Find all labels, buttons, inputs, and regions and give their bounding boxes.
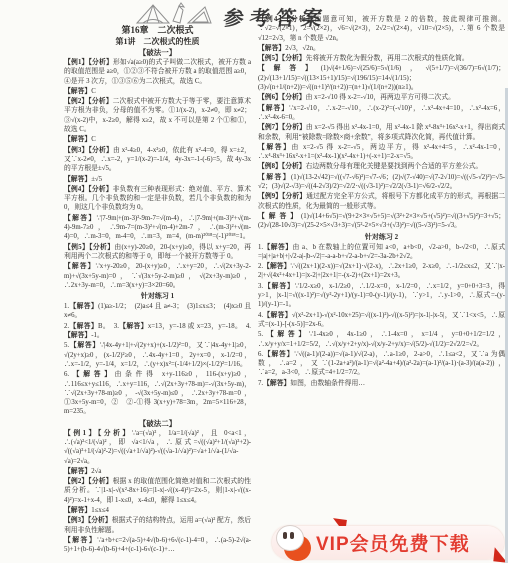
panda-mascot-icon [274, 523, 316, 563]
practice1-label: 针对练习 1 [64, 291, 251, 302]
answer-paragraph: 2.【解答】B。 3.【解答】x=13，y=-18 或 x=23，y=-18。 … [64, 322, 251, 341]
answer-paragraph: 【例2】【分析】二次根式中被开方数大于等于零，要注意算术平方根为非负，分母的值不… [64, 97, 251, 134]
answer-paragraph: 【解答】1≤x≤4 [64, 506, 251, 515]
answer-paragraph: 【例1】【分析】∵a=(√a)²，1/a=1/(√a)²，且 0<a<1，∴(√… [64, 429, 251, 466]
right-column: 【例4】【分析】由题意可知，被开方数是 2 的倍数，按此规律可推测。∵√2=√(… [258, 15, 505, 563]
chapter-title: 第16章 二次根式 [64, 24, 251, 36]
answer-paragraph: 【例2】【分析】根据 x 的取值范围化简绝对值和二次根式的性质分析。∵|1-x|… [64, 477, 251, 505]
answer-paragraph: 2.【解答】∵√((2x+1)(2-x))=√(2x+1)·√(2-x)，∴2x… [258, 262, 505, 281]
answer-paragraph: 【解答】(1)√(14+6√5)=√(9+2×3×√5+5)=√(3²+2×3×… [258, 212, 505, 231]
answer-paragraph: 【解答】∵|7-9m|+(m-3)²-9m-7=√(m-4)，∴|7-9m|+(… [64, 214, 251, 242]
practice1-paragraphs: 1.【解答】(1)a≥-1/2； (2)a≤4 且 a≠-3； (3)1≤x≤3… [64, 302, 251, 417]
content-columns: 第16章 二次根式 第1讲 二次根式的性质 【破法一】 【例1】【分析】形如√a… [64, 15, 505, 563]
answer-paragraph: 【解答】(1)√(13-2√42)=√((√7-√6)²)=√7-√6；(2)√… [258, 173, 505, 192]
answer-paragraph: 【例1】【分析】形如√a(a≥0)的式子叫做二次根式，被开方数 a 的取值范围是… [64, 58, 251, 86]
answer-paragraph: 4.【解答】√(x²-2x+1)-√(x²-10x+25)=√((x-1)²)-… [258, 311, 505, 330]
left-column: 第16章 二次根式 第1讲 二次根式的性质 【破法一】 【例1】【分析】形如√a… [64, 15, 251, 563]
section2-label: 【破法二】 [64, 418, 251, 429]
answer-paragraph: 【解答】±√5 [64, 175, 251, 184]
answer-paragraph: 1.【解答】(1)a≥-1/2； (2)a≤4 且 a≠-3； (3)1≤x≤3… [64, 302, 251, 321]
answer-paragraph: 【解答】∵x=2-√10，∴x-2=-√10，∴(x-2)²=(-√10)²，∴… [258, 104, 505, 123]
answer-paragraph: 【例4】【分析】由题意可知，被开方数是 2 的倍数，按此规律可推测。∵√2=√(… [258, 15, 505, 43]
answer-paragraph: 【例8】【分析】右边两数分母有理化关键是要找到两个合适的平方差公式。 [258, 162, 505, 171]
answer-key-page: 参考答案 第16章 二次根式 第1讲 二次根式的性质 【破法一】 【例1】【分析… [0, 0, 508, 563]
practice2-label: 针对练习 2 [258, 232, 505, 243]
vip-badge-label: VIP会员免费下载 [316, 529, 470, 556]
answer-paragraph: 5.【解答】∵|4x-4y+1|+√(2y+x)+(x-1/2)²=0，又∵|4… [64, 341, 251, 369]
answer-paragraph: 7.【解答】如图，由数轴条件得用… [258, 379, 505, 388]
answer-paragraph: 【解答】2√3，√2n。 [258, 44, 505, 53]
answer-paragraph: 【例6】【分析】由 x=2-√10 得 x-2=-√10，再两边平方可得二次式。 [258, 93, 505, 102]
answer-paragraph: 【例4】【分析】非负数有三种表现形式：绝对值、平方、算术平方根。几个非负数的和一… [64, 185, 251, 213]
answer-paragraph: 【解答】∵a+b+c=2√(a-5)+4√(b-6)+6√(c-1)-4=0，∴… [64, 536, 251, 555]
answer-paragraph: 【例7】【分析】由 x=2-√5 得出 x²-4x-1=0，用 x²-4x-1 … [258, 123, 505, 142]
answer-paragraph: 【解答】由 x=2-√5 得 x-2=-√5，两边平方，得 x²-4x+4=5，… [258, 143, 505, 162]
answer-paragraph: 6.【解答】由条件得 x+y-116≥0，116-(x+y)≥0，∴116≤x+… [64, 370, 251, 416]
practice2-paragraphs: 1.【解答】由 a、b 在数轴上的位置可知 a<0，a+b<0，√2-a>0，b… [258, 243, 505, 388]
answer-paragraph: 【例5】【分析】先将被开方数化为假分数，再用二次根式的性质化简。 [258, 54, 505, 63]
answer-paragraph: 6.【解答】∵√((a-1)/(2-a))=√(a-1)/√(2-a)，∴a-1… [258, 350, 505, 378]
answer-paragraph: 【例5】【分析】由(x+y)-20≥0，20-(x+y)≥0，得以 x+y=20… [64, 243, 251, 262]
lecture-title: 第1讲 二次根式的性质 [64, 36, 251, 47]
answer-paragraph: 【解答】∵x+y-20≥0，20-(x+y)≥0，∴x+y=20，∴√(2x+3… [64, 262, 251, 290]
answer-paragraph: 1.【解答】由 a、b 在数轴上的位置可知 a<0，a+b<0，√2-a>0，b… [258, 243, 505, 262]
answer-paragraph: 【解答】2√a [64, 467, 251, 476]
answer-paragraph: 【解答】(1)√(4+1/6)=√(25/6)=5√(1/6)，√(5+1/7)… [258, 64, 505, 92]
answer-paragraph: 【例3】【分析】由 x²-4≥0，4-x²≥0，依此有 x²-4=0，得 x=±… [64, 146, 251, 174]
answer-paragraph: 5.【解答】∵1-4x≥0，4x-1≥0，∴1-4x=0，x=1/4，y=0+0… [258, 330, 505, 349]
right-paragraphs: 【例4】【分析】由题意可知，被开方数是 2 的倍数，按此规律可推测。∵√2=√(… [258, 15, 505, 231]
answer-paragraph: 【解答】C [64, 87, 251, 96]
answer-paragraph: 【例9】【分析】通过配方完全平方公式，将根号下方都化成平方的形式，再根据二次根式… [258, 192, 505, 211]
answer-paragraph: 【解答】C [64, 135, 251, 144]
vip-download-badge[interactable]: VIP会员免费下载 [272, 526, 504, 559]
answer-paragraph: 【例3】【分析】根据式子的结构特点，运用 a=(√a)² 配方，然后利用非负性解… [64, 516, 251, 535]
answer-paragraph: 3.【解答】∵1/2-x≥0，x-1/2≥0，∴1/2-x=0，x-1/2=0，… [258, 282, 505, 310]
section1-paragraphs: 【例1】【分析】形如√a(a≥0)的式子叫做二次根式，被开方数 a 的取值范围是… [64, 58, 251, 290]
section2-paragraphs: 【例1】【分析】∵a=(√a)²，1/a=1/(√a)²，且 0<a<1，∴(√… [64, 429, 251, 555]
section1-label: 【破法一】 [64, 47, 251, 58]
